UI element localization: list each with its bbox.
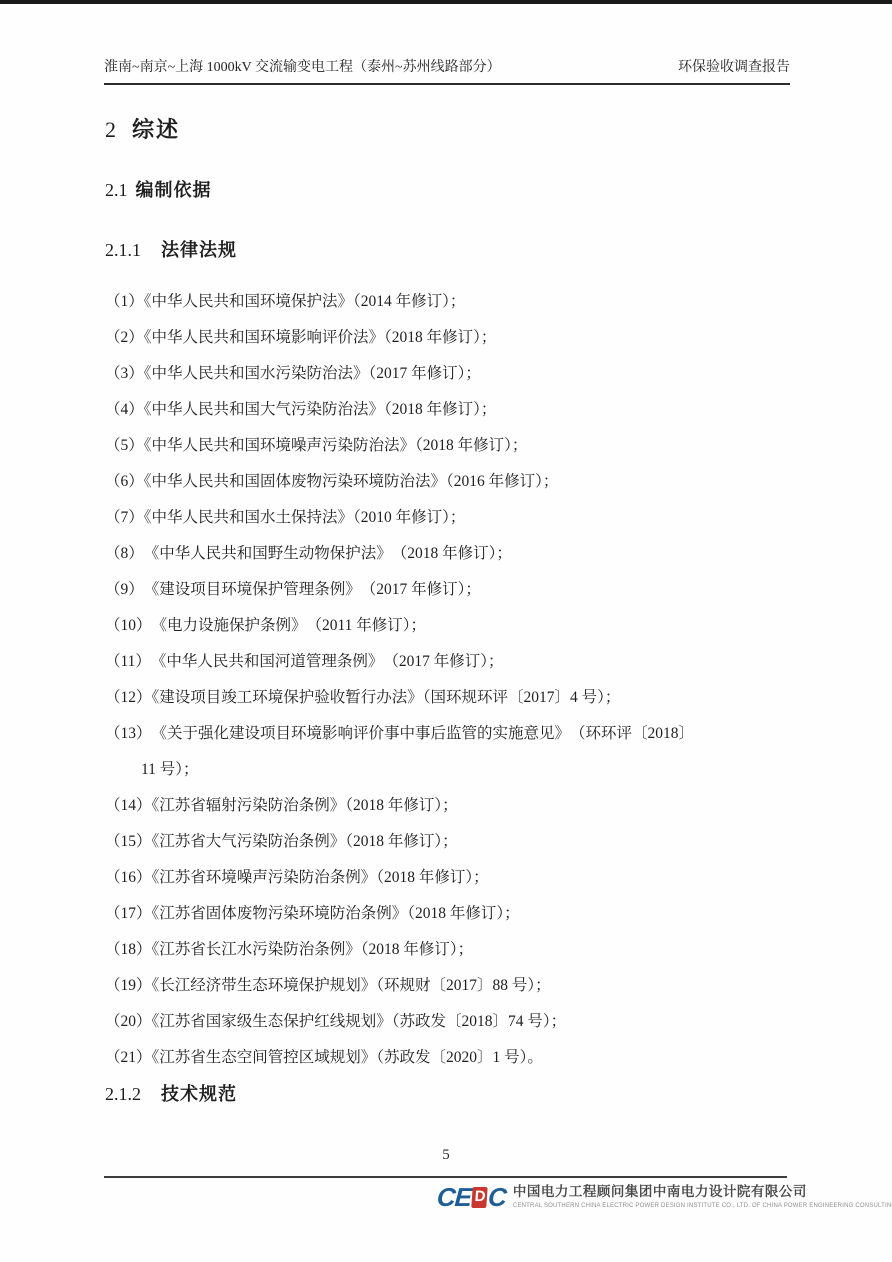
header-project-title: 淮南~南京~上海 1000kV 交流输变电工程（泰州~苏州线路部分） [104, 56, 501, 76]
subsection-number: 2.1 [105, 180, 128, 200]
list-item-continuation: 11 号）； [105, 752, 805, 788]
list-item: （8） 《中华人民共和国野生动物保护法》 （2018 年修订）； [105, 536, 805, 572]
logo-letter: C [487, 1184, 507, 1210]
list-item: （14）《江苏省辐射污染防治条例》（2018 年修订）； [105, 788, 805, 824]
subsection-number: 2.1.1 [105, 240, 141, 260]
list-item: （18）《江苏省长江水污染防治条例》（2018 年修订）； [105, 932, 805, 968]
law-list: （1）《中华人民共和国环境保护法》（2014 年修订）；（2）《中华人民共和国环… [105, 284, 805, 1076]
list-item: （13） 《关于强化建设项目环境影响评价事中事后监管的实施意见》 （环环评〔20… [105, 716, 805, 752]
logo-letter: D [471, 1187, 487, 1208]
subsection-heading-2-1: 2.1编制依据 [105, 176, 212, 202]
cedc-logo-icon: CEDC [436, 1184, 507, 1210]
page-number: 5 [0, 1147, 892, 1164]
page-header: 淮南~南京~上海 1000kV 交流输变电工程（泰州~苏州线路部分） 环保验收调… [104, 56, 790, 85]
subsection-number: 2.1.2 [105, 1084, 141, 1104]
subsection-title: 编制依据 [136, 180, 212, 200]
header-report-type: 环保验收调查报告 [678, 56, 790, 76]
list-item: （12）《建设项目竣工环境保护验收暂行办法》（国环规环评〔2017〕4 号）； [105, 680, 805, 716]
list-item: （15）《江苏省大气污染防治条例》（2018 年修订）； [105, 824, 805, 860]
list-item: （11） 《中华人民共和国河道管理条例》 （2017 年修订）； [105, 644, 805, 680]
list-item: （9） 《建设项目环境保护管理条例》 （2017 年修订）； [105, 572, 805, 608]
logo-letter: E [454, 1184, 472, 1210]
footer-divider [104, 1176, 787, 1178]
list-item: （16）《江苏省环境噪声污染防治条例》（2018 年修订）； [105, 860, 805, 896]
list-item: （7）《中华人民共和国水土保持法》（2010 年修订）； [105, 500, 805, 536]
document-page: 淮南~南京~上海 1000kV 交流输变电工程（泰州~苏州线路部分） 环保验收调… [0, 0, 892, 1262]
list-item: （17）《江苏省固体废物污染环境防治条例》（2018 年修订）； [105, 896, 805, 932]
list-item: （3）《中华人民共和国水污染防治法》（2017 年修订）； [105, 356, 805, 392]
subsection-heading-2-1-2: 2.1.2技术规范 [105, 1080, 237, 1106]
company-name-en: CENTRAL SOUTHERN CHINA ELECTRIC POWER DE… [513, 1202, 892, 1210]
section-number: 2 [105, 117, 116, 142]
section-heading-2: 2综述 [105, 113, 180, 144]
section-title: 综述 [132, 117, 180, 142]
list-item: （10） 《电力设施保护条例》 （2011 年修订）； [105, 608, 805, 644]
company-name-cn: 中国电力工程顾问集团中南电力设计院有限公司 [513, 1184, 892, 1200]
subsection-title: 技术规范 [161, 1084, 237, 1104]
logo-letter: C [436, 1184, 456, 1210]
list-item: （21）《江苏省生态空间管控区域规划》（苏政发〔2020〕1 号）。 [105, 1040, 805, 1076]
list-item: （20）《江苏省国家级生态保护红线规划》（苏政发〔2018〕74 号）； [105, 1004, 805, 1040]
company-logo: CEDC 中国电力工程顾问集团中南电力设计院有限公司 CENTRAL SOUTH… [437, 1184, 892, 1210]
list-item: （5）《中华人民共和国环境噪声污染防治法》（2018 年修订）； [105, 428, 805, 464]
company-name-block: 中国电力工程顾问集团中南电力设计院有限公司 CENTRAL SOUTHERN C… [513, 1184, 892, 1210]
list-item: （4）《中华人民共和国大气污染防治法》（2018 年修订）； [105, 392, 805, 428]
list-item: （19）《长江经济带生态环境保护规划》（环规财〔2017〕88 号）； [105, 968, 805, 1004]
list-item: （1）《中华人民共和国环境保护法》（2014 年修订）； [105, 284, 805, 320]
list-item: （2）《中华人民共和国环境影响评价法》（2018 年修订）； [105, 320, 805, 356]
subsection-title: 法律法规 [161, 240, 237, 260]
scan-edge-bar [0, 0, 892, 4]
subsection-heading-2-1-1: 2.1.1法律法规 [105, 236, 237, 262]
list-item: （6）《中华人民共和国固体废物污染环境防治法》（2016 年修订）； [105, 464, 805, 500]
